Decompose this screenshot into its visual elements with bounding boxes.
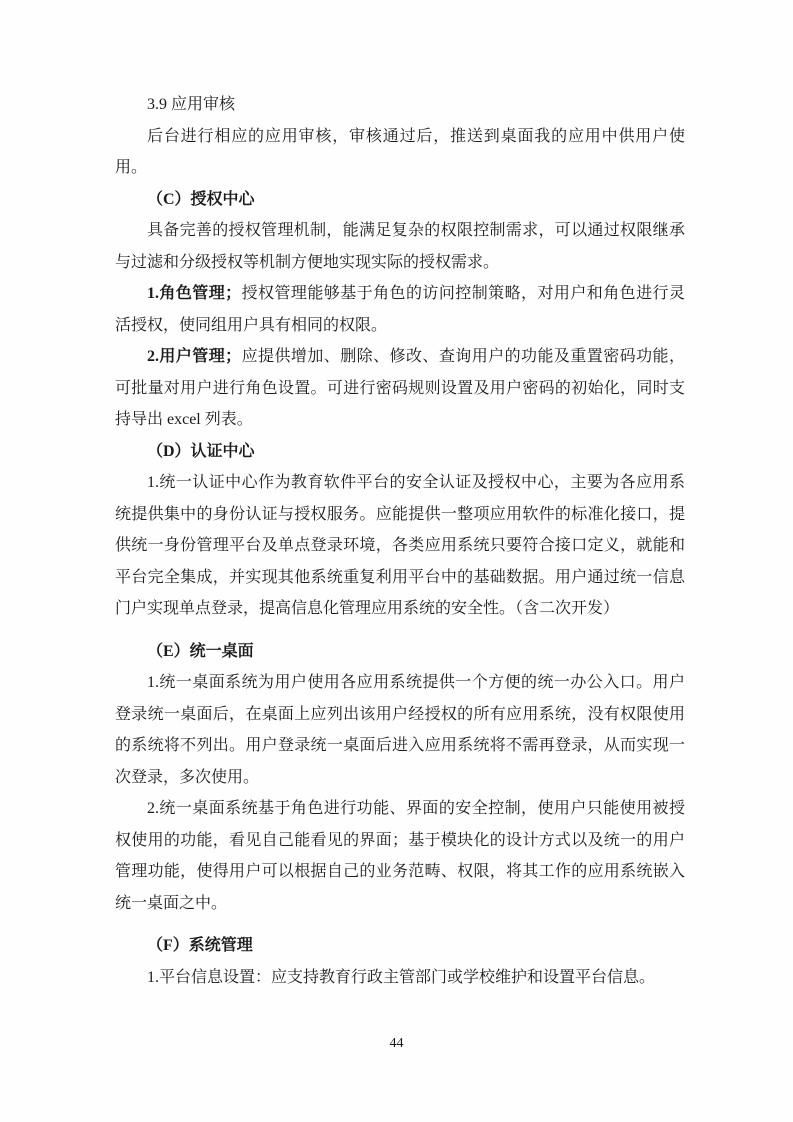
section-heading-d-authentication-center: （D）认证中心 [115, 436, 685, 468]
document-body: 3.9 应用审核 后台进行相应的应用审核，审核通过后，推送到桌面我的应用中供用户… [115, 89, 685, 993]
paragraph-app-review: 后台进行相应的应用审核，审核通过后，推送到桌面我的应用中供用户使用。 [115, 121, 685, 184]
section-heading-c-authorization-center: （C）授权中心 [115, 184, 685, 216]
paragraph-platform-info-settings: 1.平台信息设置：应支持教育行政主管部门或学校维护和设置平台信息。 [115, 962, 685, 994]
paragraph-authorization-intro: 具备完善的授权管理机制，能满足复杂的权限控制需求，可以通过权限继承与过滤和分级授… [115, 215, 685, 278]
paragraph-user-management: 2.用户管理；应提供增加、删除、修改、查询用户的功能及重置密码功能，可批量对用户… [115, 341, 685, 436]
bold-label-user-management: 2.用户管理； [147, 348, 241, 365]
section-heading-f-system-management: （F）系统管理 [115, 930, 685, 962]
section-heading-3-9: 3.9 应用审核 [115, 89, 685, 121]
document-page: 3.9 应用审核 后台进行相应的应用审核，审核通过后，推送到桌面我的应用中供用户… [0, 0, 793, 1122]
paragraph-authentication-center: 1.统一认证中心作为教育软件平台的安全认证及授权中心，主要为各应用系统提供集中的… [115, 467, 685, 625]
bold-label-role-management: 1.角色管理； [147, 285, 241, 302]
paragraph-role-management: 1.角色管理；授权管理能够基于角色的访问控制策略，对用户和角色进行灵活授权，使同… [115, 278, 685, 341]
paragraph-unified-desktop-1: 1.统一桌面系统为用户使用各应用系统提供一个方便的统一办公入口。用户登录统一桌面… [115, 667, 685, 793]
paragraph-unified-desktop-2: 2.统一桌面系统基于角色进行功能、界面的安全控制，使用户只能使用被授权使用的功能… [115, 793, 685, 919]
section-heading-e-unified-desktop: （E）统一桌面 [115, 636, 685, 668]
page-number: 44 [0, 1036, 793, 1052]
